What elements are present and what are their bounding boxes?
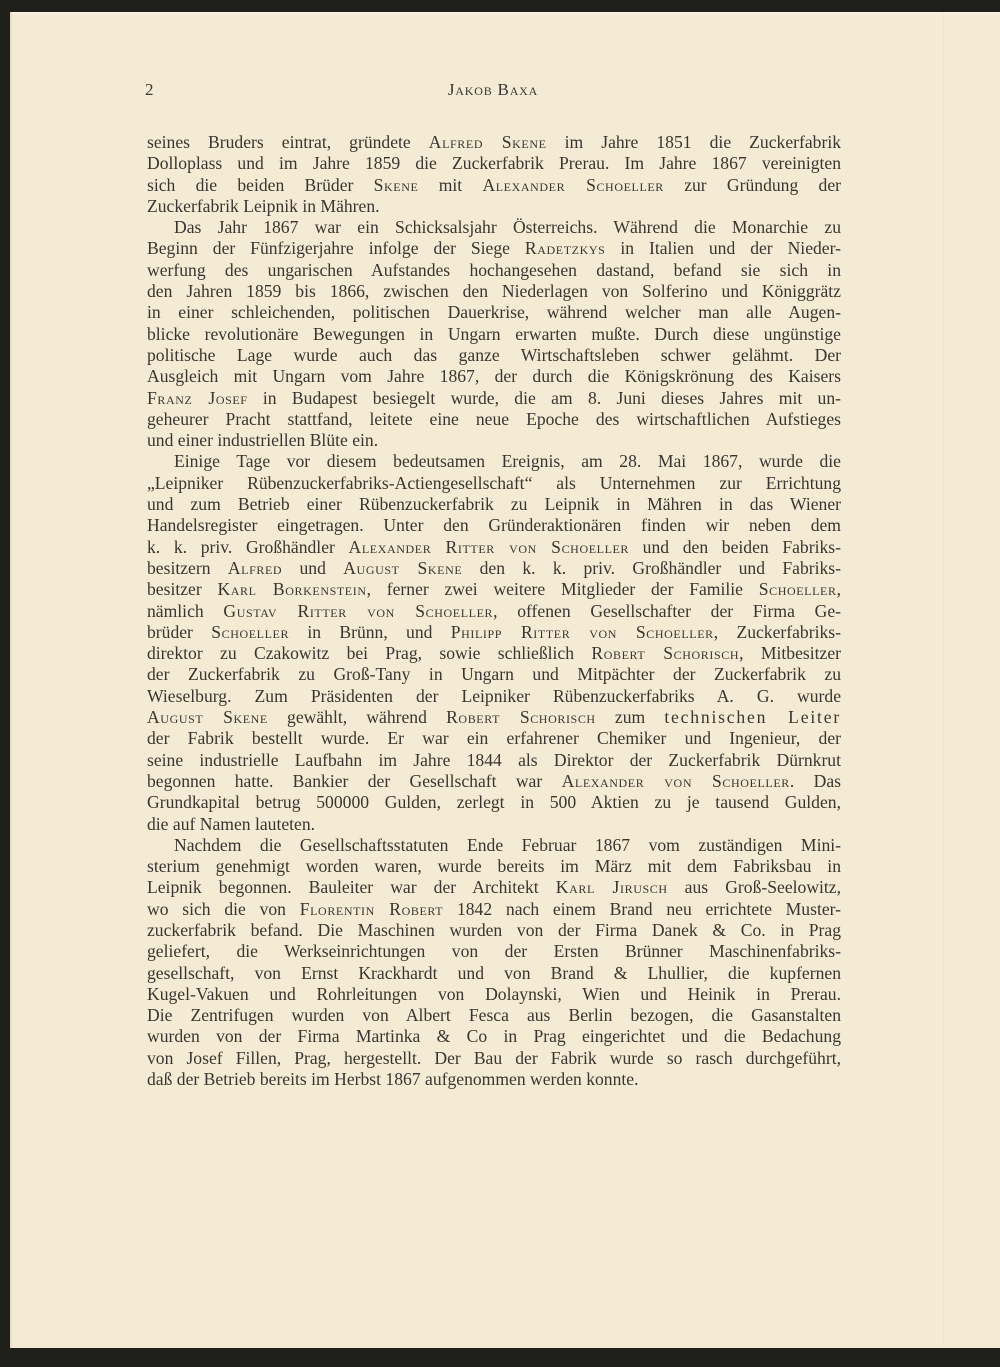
small-caps-name: Alfred [228, 558, 282, 578]
text-run: mit [418, 175, 482, 195]
text-run: sterium genehmigt worden waren, wurde be… [147, 856, 841, 876]
text-line: sich die beiden Brüder Skene mit Alexand… [147, 175, 841, 196]
text-run: in einer schleichenden, politischen Daue… [147, 302, 841, 322]
text-run: Beginn der Fünfzigerjahre infolge der Si… [147, 238, 525, 258]
small-caps-name: Schoeller [211, 622, 289, 642]
text-run: im Jahre 1851 die Zuckerfabrik [547, 132, 841, 152]
text-line: den Jahren 1859 bis 1866, zwischen den N… [147, 281, 841, 302]
text-run: Das Jahr 1867 war ein Schicksalsjahr Öst… [174, 217, 841, 237]
text-run: Einige Tage vor diesem bedeutsamen Ereig… [174, 451, 841, 471]
text-line: werfung des ungarischen Aufstandes hocha… [147, 260, 841, 281]
text-run: geheurer Pracht stattfand, leitete eine … [147, 409, 841, 429]
small-caps-name: Robert Schorisch [446, 707, 596, 727]
page-header: 2 Jakob Baxa [145, 80, 841, 102]
text-run: gewählt, während [268, 707, 446, 727]
text-line: Zuckerfabrik Leipnik in Mähren. [147, 196, 841, 217]
text-run: , ferner zwei weitere Mitglieder der Fam… [367, 579, 759, 599]
paragraph: Das Jahr 1867 war ein Schicksalsjahr Öst… [147, 217, 841, 451]
text-line: und zum Betrieb einer Rübenzuckerfabrik … [147, 494, 841, 515]
text-line: und einer industriellen Blüte ein. [147, 430, 841, 451]
text-run: seine industrielle Laufbahn im Jahre 184… [147, 750, 841, 770]
text-run: begonnen hatte. Bankier der Gesellschaft… [147, 771, 562, 791]
small-caps-name: Skene [374, 175, 419, 195]
text-run: 1842 nach einem Brand neu errichtete Mus… [443, 899, 841, 919]
text-run: Grundkapital betrug 500000 Gulden, zerle… [147, 792, 841, 812]
text-line: Einige Tage vor diesem bedeutsamen Ereig… [147, 451, 841, 472]
text-line: daß der Betrieb bereits im Herbst 1867 a… [147, 1069, 841, 1090]
text-run: aus Groß-Seelowitz, [668, 877, 841, 897]
text-run: daß der Betrieb bereits im Herbst 1867 a… [147, 1069, 639, 1089]
text-line: k. k. priv. Großhändler Alexander Ritter… [147, 537, 841, 558]
text-run: zuckerfabrik befand. Die Maschinen wurde… [147, 920, 841, 940]
text-line: sterium genehmigt worden waren, wurde be… [147, 856, 841, 877]
text-line: politische Lage wurde auch das ganze Wir… [147, 345, 841, 366]
text-line: geheurer Pracht stattfand, leitete eine … [147, 409, 841, 430]
text-line: von Josef Fillen, Prag, hergestellt. Der… [147, 1048, 841, 1069]
small-caps-name: August Skene [147, 707, 268, 727]
text-line: Handelsregister eingetragen. Unter den G… [147, 515, 841, 536]
text-run: die auf Namen lauteten. [147, 814, 315, 834]
text-run: wurden von der Firma Martinka & Co in Pr… [147, 1026, 841, 1046]
text-line: Ausgleich mit Ungarn vom Jahre 1867, der… [147, 366, 841, 387]
text-line: zuckerfabrik befand. Die Maschinen wurde… [147, 920, 841, 941]
spaced-emphasis: technischen Leiter [664, 707, 841, 727]
text-run: politische Lage wurde auch das ganze Wir… [147, 345, 841, 365]
text-line: seines Bruders eintrat, gründete Alfred … [147, 132, 841, 153]
text-run: den Jahren 1859 bis 1866, zwischen den N… [147, 281, 841, 301]
text-line: blicke revolutionäre Bewegungen in Ungar… [147, 324, 841, 345]
text-run: „Leipniker Rübenzuckerfabriks-Actiengese… [147, 473, 841, 493]
text-line: Leipnik begonnen. Bauleiter war der Arch… [147, 877, 841, 898]
text-line: „Leipniker Rübenzuckerfabriks-Actiengese… [147, 473, 841, 494]
small-caps-name: Philipp Ritter von Schoeller [451, 622, 714, 642]
text-line: brüder Schoeller in Brünn, und Philipp R… [147, 622, 841, 643]
small-caps-name: Alfred Skene [429, 132, 547, 152]
text-run: gesellschaft, von Ernst Krackhardt und v… [147, 963, 841, 983]
text-line: besitzern Alfred und August Skene den k.… [147, 558, 841, 579]
text-run: den k. k. priv. Großhändler und Fabriks- [462, 558, 841, 578]
text-run: in Budapest besiegelt wurde, die am 8. J… [248, 388, 841, 408]
paragraph: seines Bruders eintrat, gründete Alfred … [147, 132, 841, 217]
small-caps-name: August Skene [343, 558, 462, 578]
text-run: in Brünn, und [289, 622, 451, 642]
text-run: geliefert, die Werkseinrichtungen von de… [147, 941, 841, 961]
text-run: Nachdem die Gesellschaftsstatuten Ende F… [174, 835, 841, 855]
text-run: Die Zentrifugen wurden von Albert Fesca … [147, 1005, 841, 1025]
page-fold-line [943, 12, 945, 1348]
small-caps-name: Schoeller [759, 579, 837, 599]
text-run: besitzer [147, 579, 217, 599]
text-line: direktor zu Czakowitz bei Prag, sowie sc… [147, 643, 841, 664]
paragraph: Einige Tage vor diesem bedeutsamen Ereig… [147, 451, 841, 834]
text-run: Handelsregister eingetragen. Unter den G… [147, 515, 841, 535]
text-line: Beginn der Fünfzigerjahre infolge der Si… [147, 238, 841, 259]
text-line: wurden von der Firma Martinka & Co in Pr… [147, 1026, 841, 1047]
small-caps-name: Karl Borkenstein [217, 579, 366, 599]
text-run: brüder [147, 622, 211, 642]
text-run: in Italien und der Nieder- [605, 238, 841, 258]
text-line: begonnen hatte. Bankier der Gesellschaft… [147, 771, 841, 792]
text-run: direktor zu Czakowitz bei Prag, sowie sc… [147, 643, 591, 663]
text-line: Kugel-Vakuen und Rohrleitungen von Dolay… [147, 984, 841, 1005]
text-run: und zum Betrieb einer Rübenzuckerfabrik … [147, 494, 841, 514]
text-run: seines Bruders eintrat, gründete [147, 132, 429, 152]
text-run: . Das [790, 771, 841, 791]
text-line: Nachdem die Gesellschaftsstatuten Ende F… [147, 835, 841, 856]
text-run: Ausgleich mit Ungarn vom Jahre 1867, der… [147, 366, 841, 386]
text-run: der Zuckerfabrik zu Groß-Tany in Ungarn … [147, 664, 841, 684]
text-run: Kugel-Vakuen und Rohrleitungen von Dolay… [147, 984, 841, 1004]
text-run: und einer industriellen Blüte ein. [147, 430, 378, 450]
text-line: der Fabrik bestellt wurde. Er war ein er… [147, 728, 841, 749]
text-line: Franz Josef in Budapest besiegelt wurde,… [147, 388, 841, 409]
text-run: zum [596, 707, 665, 727]
body-text: seines Bruders eintrat, gründete Alfred … [147, 132, 841, 1090]
paragraph: Nachdem die Gesellschaftsstatuten Ende F… [147, 835, 841, 1091]
text-run: zur Gründung der [664, 175, 841, 195]
text-run: und den beiden Fabriks- [629, 537, 841, 557]
small-caps-name: Alexander von Schoeller [562, 771, 790, 791]
text-line: Das Jahr 1867 war ein Schicksalsjahr Öst… [147, 217, 841, 238]
text-run: k. k. priv. Großhändler [147, 537, 349, 557]
text-line: wo sich die von Florentin Robert 1842 na… [147, 899, 841, 920]
text-line: die auf Namen lauteten. [147, 814, 841, 835]
text-run: und [282, 558, 343, 578]
text-line: Grundkapital betrug 500000 Gulden, zerle… [147, 792, 841, 813]
text-run: , [837, 579, 841, 599]
text-run: Leipnik begonnen. Bauleiter war der Arch… [147, 877, 556, 897]
small-caps-name: Alexander Ritter von Schoeller [349, 537, 630, 557]
text-run: besitzern [147, 558, 228, 578]
text-run: blicke revolutionäre Bewegungen in Ungar… [147, 324, 841, 344]
text-line: Wieselburg. Zum Präsidenten der Leipnike… [147, 686, 841, 707]
text-line: der Zuckerfabrik zu Groß-Tany in Ungarn … [147, 664, 841, 685]
small-caps-name: Gustav Ritter von Schoeller [223, 601, 493, 621]
text-line: geliefert, die Werkseinrichtungen von de… [147, 941, 841, 962]
text-line: besitzer Karl Borkenstein, ferner zwei w… [147, 579, 841, 600]
text-line: gesellschaft, von Ernst Krackhardt und v… [147, 963, 841, 984]
small-caps-name: Florentin Robert [300, 899, 443, 919]
text-line: nämlich Gustav Ritter von Schoeller, off… [147, 601, 841, 622]
text-run: Wieselburg. Zum Präsidenten der Leipnike… [147, 686, 841, 706]
text-run: werfung des ungarischen Aufstandes hocha… [147, 260, 841, 280]
small-caps-name: Robert Schorisch [591, 643, 739, 663]
small-caps-name: Karl Jirusch [556, 877, 668, 897]
small-caps-name: Alexander Schoeller [482, 175, 663, 195]
text-line: Die Zentrifugen wurden von Albert Fesca … [147, 1005, 841, 1026]
text-run: , Zuckerfabriks- [714, 622, 841, 642]
text-line: Dolloplass und im Jahre 1859 die Zuckerf… [147, 153, 841, 174]
text-run: von Josef Fillen, Prag, hergestellt. Der… [147, 1048, 841, 1068]
text-run: , Mitbesitzer [739, 643, 841, 663]
small-caps-name: Radetzkys [525, 238, 605, 258]
text-run: Zuckerfabrik Leipnik in Mähren. [147, 196, 380, 216]
running-head: Jakob Baxa [145, 80, 841, 100]
text-line: in einer schleichenden, politischen Daue… [147, 302, 841, 323]
text-run: , offenen Gesellschafter der Firma Ge- [493, 601, 841, 621]
small-caps-name: Franz Josef [147, 388, 248, 408]
text-run: sich die beiden Brüder [147, 175, 374, 195]
text-line: seine industrielle Laufbahn im Jahre 184… [147, 750, 841, 771]
text-run: der Fabrik bestellt wurde. Er war ein er… [147, 728, 841, 748]
text-run: nämlich [147, 601, 223, 621]
text-run: Dolloplass und im Jahre 1859 die Zuckerf… [147, 153, 841, 173]
text-run: wo sich die von [147, 899, 300, 919]
text-line: August Skene gewählt, während Robert Sch… [147, 707, 841, 728]
